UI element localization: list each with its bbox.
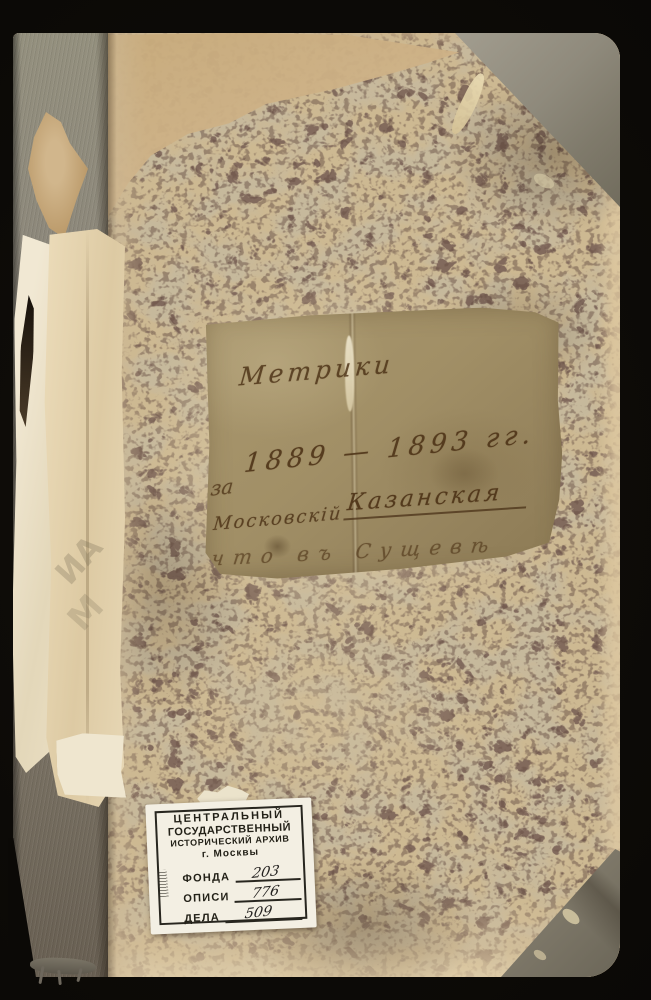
stamp-field-row: ДЕЛА 509 <box>184 900 303 924</box>
cover-title-label: Метрики за 1889 — 1893 гг. Московскій Ка… <box>202 307 564 580</box>
archive-stamp: ЦЕНТРАЛЬНЫЙ ГОСУДАРСТВЕННЫЙ ИСТОРИЧЕСКИЙ… <box>145 797 317 934</box>
title-region: Московскій <box>212 503 343 535</box>
title-line-metriki: Метрики <box>238 349 395 391</box>
field-underline: 509 <box>224 898 302 922</box>
title-year-prefix: за <box>210 474 235 501</box>
book-cover: ИА М Метрики за 1889 — 1893 гг. Московск… <box>13 33 620 977</box>
stamp-field-value: 509 <box>243 903 273 922</box>
torn-paper-strip-inner <box>43 229 125 807</box>
title-church-name: Казанская <box>343 478 529 520</box>
stamp-field-label: ДЕЛА <box>184 911 220 925</box>
stamp-field-label: ОПИСИ <box>183 891 230 905</box>
strip-bottom-fragment <box>56 732 126 800</box>
stamp-content: ЦЕНТРАЛЬНЫЙ ГОСУДАРСТВЕННЫЙ ИСТОРИЧЕСКИЙ… <box>158 808 305 923</box>
stamp-field-label: ФОНДА <box>182 871 230 885</box>
stamp-fields: ФОНДА 203 ОПИСИ 776 ДЕЛА 509 <box>160 860 304 925</box>
